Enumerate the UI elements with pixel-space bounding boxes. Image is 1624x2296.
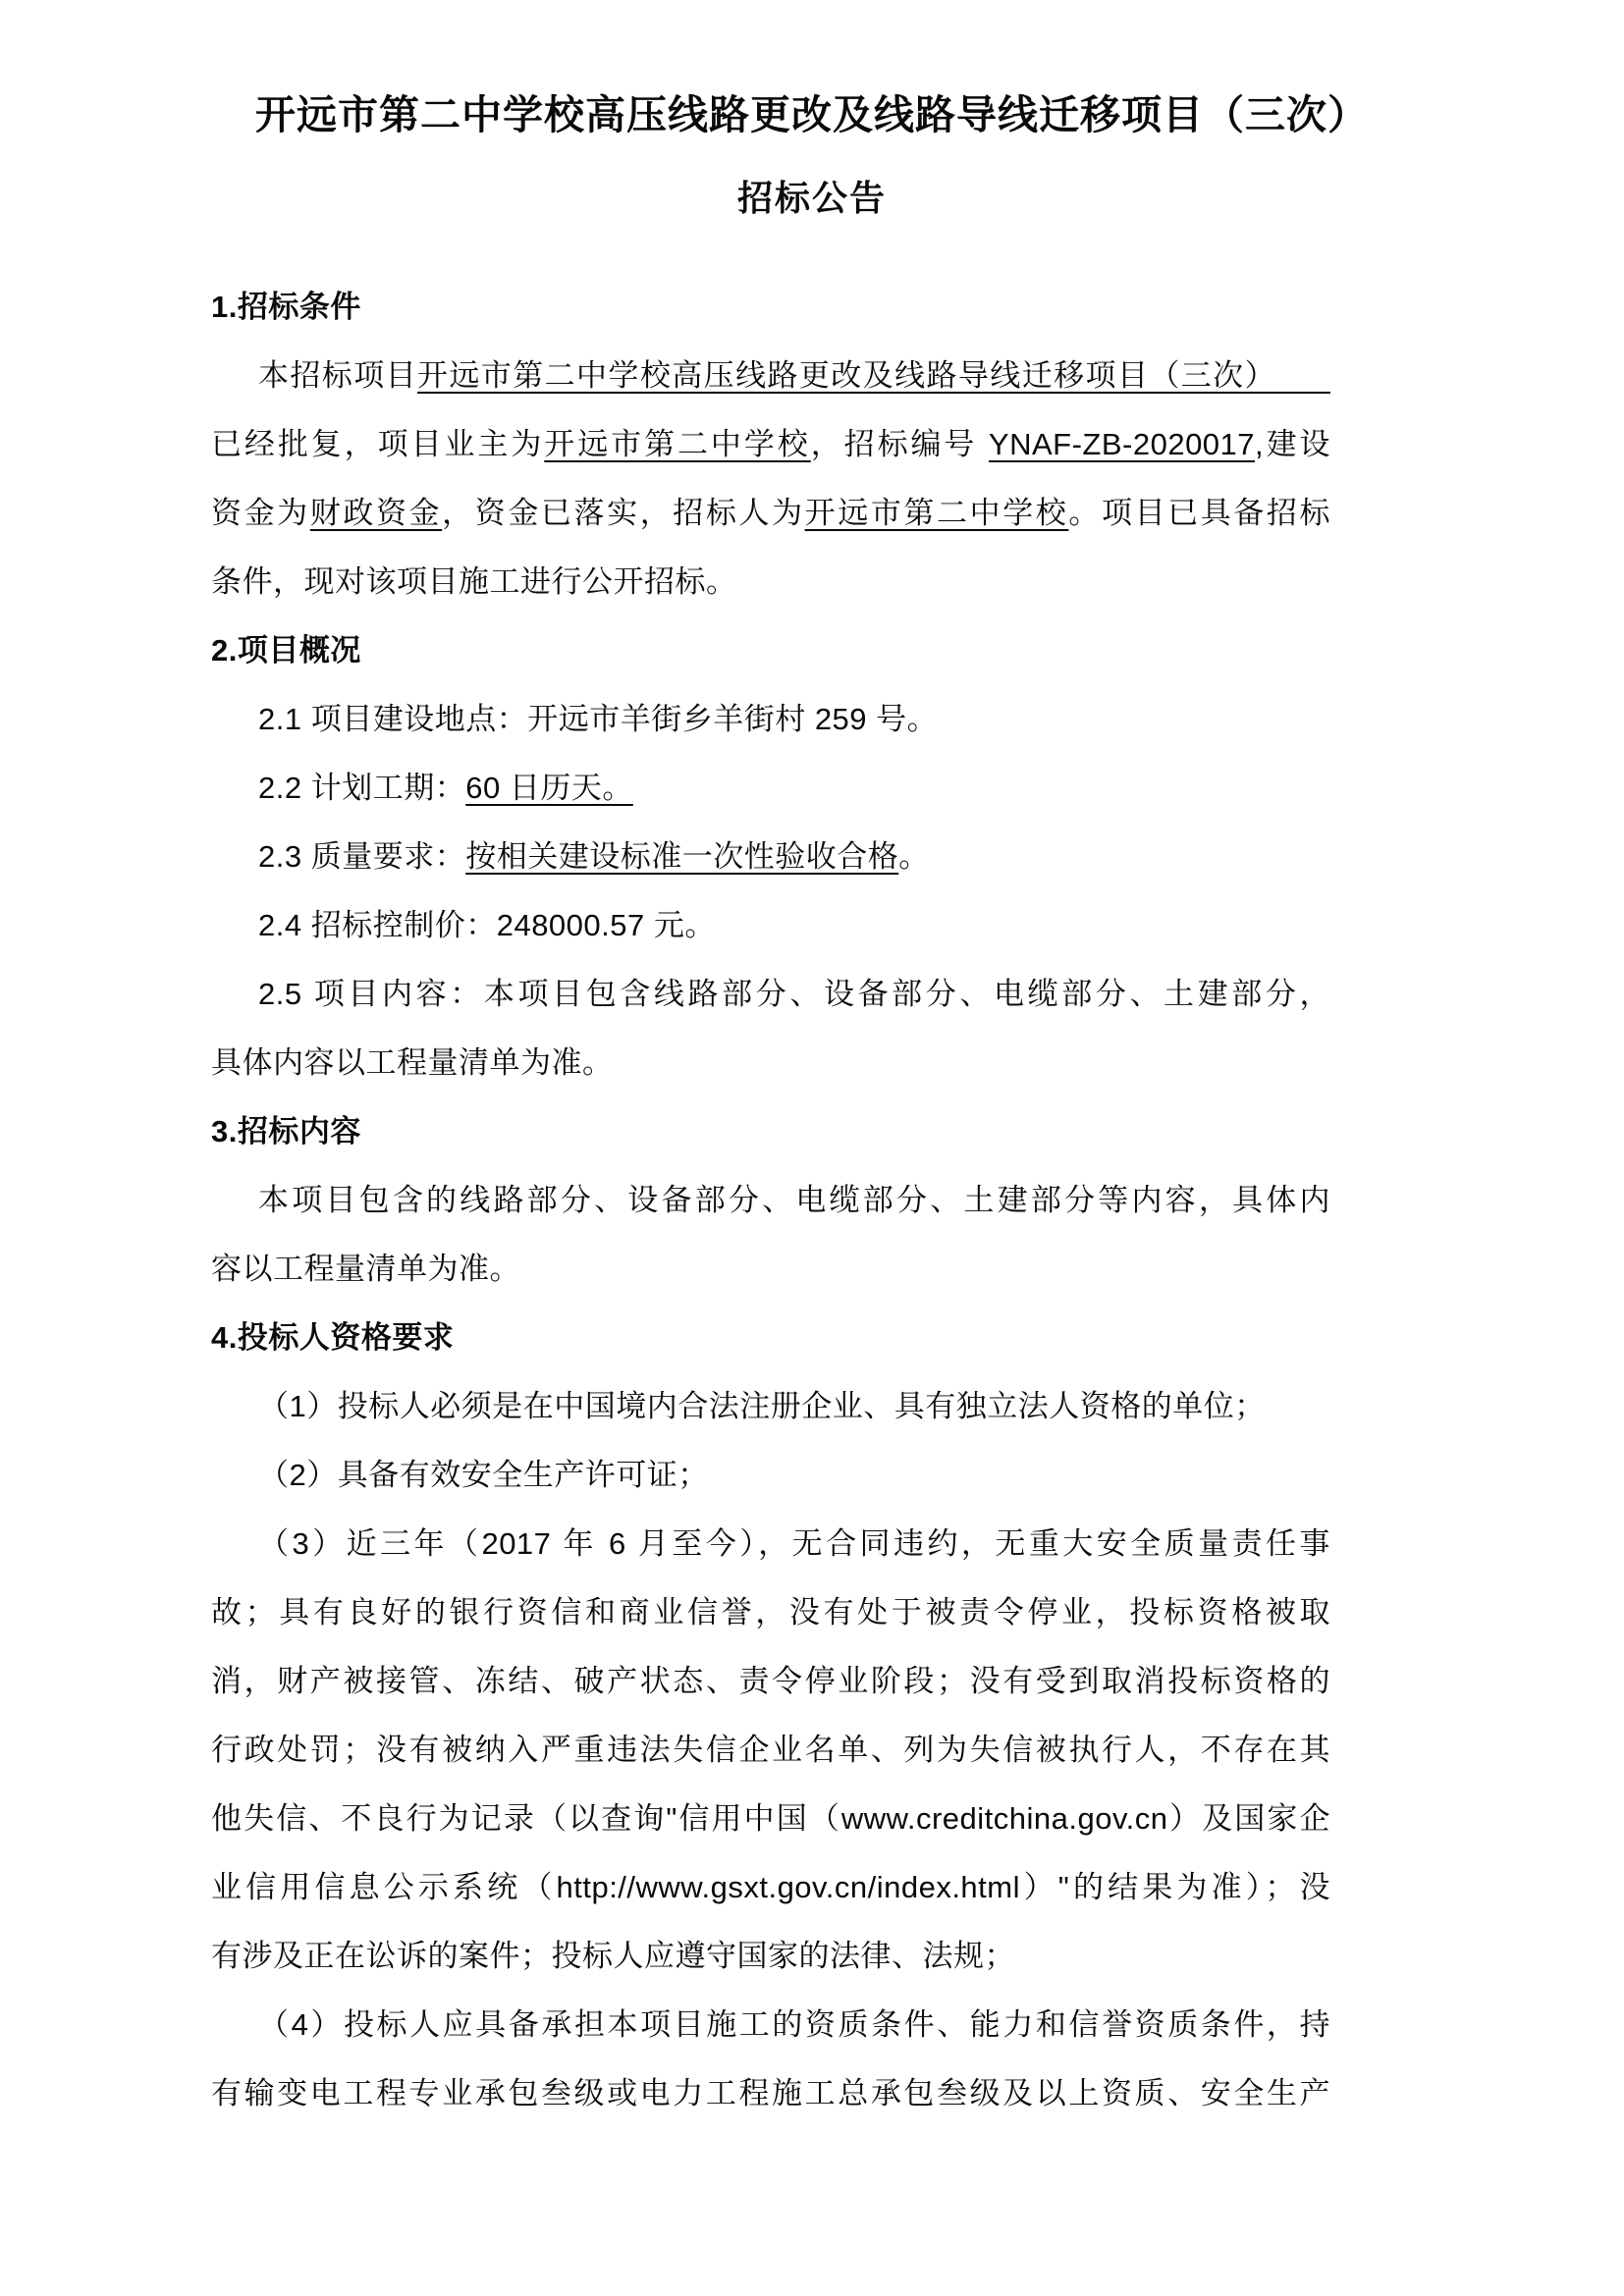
text-run: 2.2 计划工期： <box>258 771 465 805</box>
text-run: 2.项目概况 <box>211 633 361 667</box>
text-line: （4）投标人应具备承担本项目施工的资质条件、能力和信誉资质条件，持 <box>211 1991 1330 2059</box>
text-line: 有输变电工程专业承包叁级或电力工程施工总承包叁级及以上资质、安全生产 <box>211 2059 1330 2128</box>
section-heading: 3.招标内容 <box>211 1097 1330 1166</box>
text-run: 1.招标条件 <box>211 290 361 324</box>
text-run: ，资金已落实，招标人为 <box>442 496 805 530</box>
text-line: 已经批复，项目业主为开远市第二中学校，招标编号 YNAF-ZB-2020017,… <box>211 410 1330 479</box>
text-line: 2.5 项目内容：本项目包含线路部分、设备部分、电缆部分、土建部分， <box>211 960 1330 1029</box>
document-page: 开远市第二中学校高压线路更改及线路导线迁移项目（三次） 招标公告 1.招标条件本… <box>0 0 1624 2296</box>
text-line: 故；具有良好的银行资信和商业信誉，没有处于被责令停业，投标资格被取 <box>211 1578 1330 1647</box>
text-line: （3）近三年（2017 年 6 月至今），无合同违约，无重大安全质量责任事 <box>211 1510 1330 1578</box>
text-run: （2）具备有效安全生产许可证； <box>258 1458 709 1492</box>
text-run: 有涉及正在讼诉的案件；投标人应遵守国家的法律、法规； <box>211 1939 1015 1973</box>
underlined-text: YNAF-ZB-2020017 <box>989 427 1255 461</box>
underlined-text: 开远市第二中学校高压线路更改及线路导线迁移项目（三次） <box>417 358 1276 393</box>
text-run: 条件，现对该项目施工进行公开招标。 <box>211 564 737 599</box>
text-run: （1）投标人必须是在中国境内合法注册企业、具有独立法人资格的单位； <box>258 1389 1266 1423</box>
text-run: 2.1 项目建设地点：开远市羊街乡羊街村 259 号。 <box>258 702 938 736</box>
text-line: 有涉及正在讼诉的案件；投标人应遵守国家的法律、法规； <box>211 1922 1330 1991</box>
text-run: 资金为 <box>211 496 310 530</box>
text-line: 本项目包含的线路部分、设备部分、电缆部分、土建部分等内容，具体内 <box>211 1166 1330 1235</box>
text-run: 本项目包含的线路部分、设备部分、电缆部分、土建部分等内容，具体内 <box>258 1183 1330 1217</box>
text-run: 4.投标人资格要求 <box>211 1320 454 1355</box>
section-heading: 2.项目概况 <box>211 616 1330 685</box>
text-run: 2.5 项目内容：本项目包含线路部分、设备部分、电缆部分、土建部分， <box>258 977 1330 1011</box>
text-run: 。项目已具备招标 <box>1068 496 1330 530</box>
text-line: 2.1 项目建设地点：开远市羊街乡羊街村 259 号。 <box>211 685 1330 754</box>
text-run: ，招标编号 <box>811 427 989 461</box>
text-line: 他失信、不良行为记录（以查询"信用中国（www.creditchina.gov.… <box>211 1785 1330 1853</box>
document-title: 开远市第二中学校高压线路更改及线路导线迁移项目（三次） <box>157 86 1467 143</box>
text-run: （3）近三年（2017 年 6 月至今），无合同违约，无重大安全质量责任事 <box>258 1526 1330 1561</box>
text-line: 条件，现对该项目施工进行公开招标。 <box>211 548 1330 616</box>
text-line: （2）具备有效安全生产许可证； <box>211 1441 1330 1510</box>
text-line: 资金为财政资金，资金已落实，招标人为开远市第二中学校。项目已具备招标 <box>211 479 1330 548</box>
underlined-text: 财政资金 <box>310 496 442 530</box>
text-run: 业信用信息公示系统（http://www.gsxt.gov.cn/index.h… <box>211 1870 1330 1904</box>
text-run: 有输变电工程专业承包叁级或电力工程施工总承包叁级及以上资质、安全生产 <box>211 2076 1330 2110</box>
text-run: 故；具有良好的银行资信和商业信誉，没有处于被责令停业，投标资格被取 <box>211 1595 1330 1629</box>
text-run: 已经批复，项目业主为 <box>211 427 544 461</box>
text-run: 2.4 招标控制价：248000.57 元。 <box>258 908 716 942</box>
text-line: 容以工程量清单为准。 <box>211 1235 1330 1304</box>
section-heading: 4.投标人资格要求 <box>211 1304 1330 1372</box>
text-line: 2.3 质量要求：按相关建设标准一次性验收合格。 <box>211 823 1330 891</box>
text-run: 消，财产被接管、冻结、破产状态、责令停业阶段；没有受到取消投标资格的 <box>211 1664 1330 1698</box>
text-line: （1）投标人必须是在中国境内合法注册企业、具有独立法人资格的单位； <box>211 1372 1330 1441</box>
text-run: ,建设 <box>1255 427 1330 461</box>
underline-extension <box>1276 361 1330 394</box>
text-line: 消，财产被接管、冻结、破产状态、责令停业阶段；没有受到取消投标资格的 <box>211 1647 1330 1716</box>
document-header: 开远市第二中学校高压线路更改及线路导线迁移项目（三次） 招标公告 <box>0 0 1624 224</box>
text-line: 2.4 招标控制价：248000.57 元。 <box>211 891 1330 960</box>
text-line: 具体内容以工程量清单为准。 <box>211 1029 1330 1097</box>
section-heading: 1.招标条件 <box>211 273 1330 342</box>
underlined-text: 开远市第二中学校 <box>805 496 1069 530</box>
text-run: 2.3 质量要求： <box>258 839 465 874</box>
document-subtitle: 招标公告 <box>157 173 1467 224</box>
text-run: 本招标项目 <box>258 358 417 393</box>
text-run: 容以工程量清单为准。 <box>211 1252 520 1286</box>
text-run: 他失信、不良行为记录（以查询"信用中国（www.creditchina.gov.… <box>211 1801 1330 1836</box>
text-line: 2.2 计划工期：60 日历天。 <box>211 754 1330 823</box>
text-run: 。 <box>898 839 930 874</box>
document-body: 1.招标条件本招标项目开远市第二中学校高压线路更改及线路导线迁移项目（三次）已经… <box>0 273 1624 2128</box>
text-line: 行政处罚；没有被纳入严重违法失信企业名单、列为失信被执行人，不存在其 <box>211 1716 1330 1785</box>
underlined-text: 按相关建设标准一次性验收合格 <box>465 839 898 874</box>
text-run: 行政处罚；没有被纳入严重违法失信企业名单、列为失信被执行人，不存在其 <box>211 1733 1330 1767</box>
text-run: 具体内容以工程量清单为准。 <box>211 1045 614 1080</box>
text-run: 3.招标内容 <box>211 1114 361 1148</box>
underlined-text: 60 日历天。 <box>465 771 633 805</box>
text-line: 本招标项目开远市第二中学校高压线路更改及线路导线迁移项目（三次） <box>211 342 1330 410</box>
text-line: 业信用信息公示系统（http://www.gsxt.gov.cn/index.h… <box>211 1853 1330 1922</box>
text-run: （4）投标人应具备承担本项目施工的资质条件、能力和信誉资质条件，持 <box>258 2007 1330 2042</box>
underlined-text: 开远市第二中学校 <box>544 427 810 461</box>
